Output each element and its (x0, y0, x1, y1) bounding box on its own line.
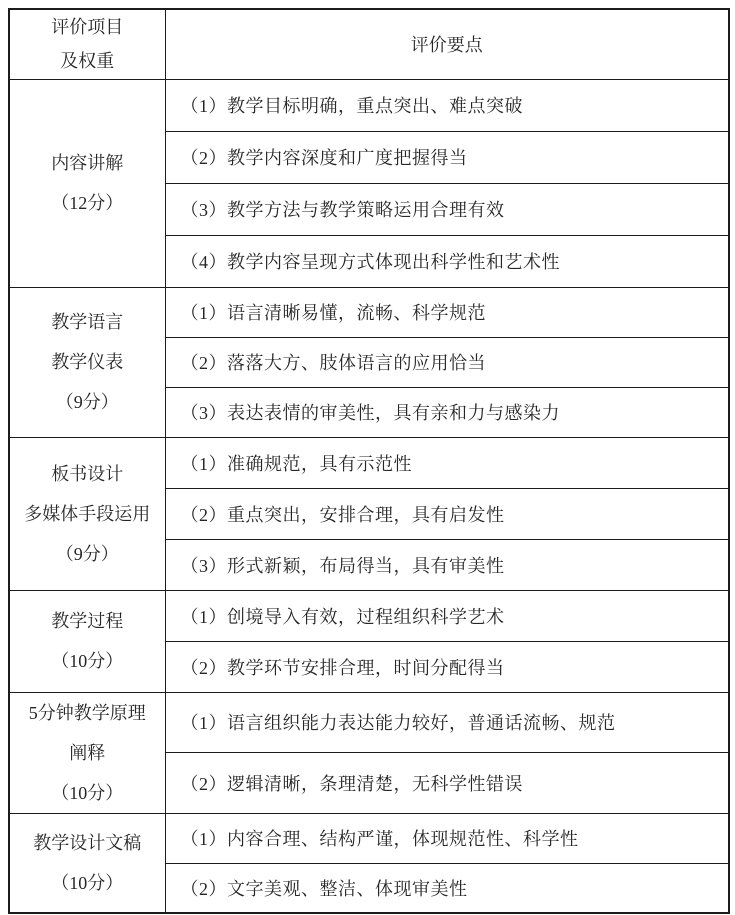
group-label-line: 教学过程 (10, 601, 165, 641)
group-label-teaching-process: 教学过程 （10分） (9, 590, 165, 692)
header-cell-points: 评价要点 (165, 9, 729, 79)
table-row: 教学设计文稿 （10分） （1）内容合理、结构严谨，体现规范性、科学性 (9, 813, 729, 863)
group-label-board-design: 板书设计 多媒体手段运用 （9分） (9, 437, 165, 590)
point-cell: （1）内容合理、结构严谨，体现规范性、科学性 (165, 813, 729, 863)
point-cell: （1）语言组织能力表达能力较好，普通话流畅、规范 (165, 692, 729, 753)
point-cell: （3）形式新颖，布局得当，具有审美性 (165, 539, 729, 590)
table-row: 教学语言 教学仪表 （9分） （1）语言清晰易懂，流畅、科学规范 (9, 287, 729, 337)
group-label-teaching-language: 教学语言 教学仪表 （9分） (9, 287, 165, 437)
group-score-line: （10分） (10, 773, 165, 813)
point-cell: （1）准确规范，具有示范性 (165, 437, 729, 488)
group-score-line: （9分） (10, 382, 165, 422)
point-cell: （2）教学内容深度和广度把握得当 (165, 131, 729, 183)
group-label-line: 内容讲解 (10, 143, 165, 183)
group-score-line: （12分） (10, 183, 165, 223)
evaluation-rubric-table: 评价项目 及权重 评价要点 内容讲解 （12分） （1）教学目标明确，重点突出、… (8, 8, 730, 914)
header-item-line: 评价项目 (10, 10, 165, 44)
point-cell: （3）表达表情的审美性，具有亲和力与感染力 (165, 387, 729, 437)
header-cell-item-weight: 评价项目 及权重 (9, 9, 165, 79)
header-weight-line: 及权重 (10, 44, 165, 78)
point-cell: （2）文字美观、整洁、体现审美性 (165, 863, 729, 913)
point-cell: （2）逻辑清晰，条理清楚，无科学性错误 (165, 753, 729, 814)
point-cell: （2）落落大方、肢体语言的应用恰当 (165, 337, 729, 387)
point-cell: （3）教学方法与教学策略运用合理有效 (165, 183, 729, 235)
point-cell: （1）教学目标明确，重点突出、难点突破 (165, 79, 729, 131)
table-row: 板书设计 多媒体手段运用 （9分） （1）准确规范，具有示范性 (9, 437, 729, 488)
point-cell: （1）创境导入有效，过程组织科学艺术 (165, 590, 729, 641)
group-score-line: （10分） (10, 641, 165, 681)
group-label-line: 板书设计 (10, 454, 165, 494)
group-label-line: 教学设计文稿 (10, 823, 165, 863)
group-label-content-explanation: 内容讲解 （12分） (9, 79, 165, 287)
group-label-line: 教学仪表 (10, 342, 165, 382)
point-cell: （1）语言清晰易懂，流畅、科学规范 (165, 287, 729, 337)
header-row: 评价项目 及权重 评价要点 (9, 9, 729, 79)
group-score-line: （9分） (10, 534, 165, 574)
group-score-line: （10分） (10, 863, 165, 903)
group-label-line: 多媒体手段运用 (10, 494, 165, 534)
group-label-teaching-design-manuscript: 教学设计文稿 （10分） (9, 813, 165, 913)
point-cell: （2）重点突出，安排合理，具有启发性 (165, 488, 729, 539)
group-label-line: 5分钟教学原理 (10, 693, 165, 733)
table-row: 内容讲解 （12分） （1）教学目标明确，重点突出、难点突破 (9, 79, 729, 131)
group-label-principle-explanation: 5分钟教学原理 阐释 （10分） (9, 692, 165, 813)
page: 评价项目 及权重 评价要点 内容讲解 （12分） （1）教学目标明确，重点突出、… (0, 0, 735, 914)
table-row: 5分钟教学原理 阐释 （10分） （1）语言组织能力表达能力较好，普通话流畅、规… (9, 692, 729, 753)
point-cell: （2）教学环节安排合理，时间分配得当 (165, 641, 729, 692)
group-label-line: 阐释 (10, 733, 165, 773)
point-cell: （4）教学内容呈现方式体现出科学性和艺术性 (165, 235, 729, 287)
group-label-line: 教学语言 (10, 302, 165, 342)
table-row: 教学过程 （10分） （1）创境导入有效，过程组织科学艺术 (9, 590, 729, 641)
